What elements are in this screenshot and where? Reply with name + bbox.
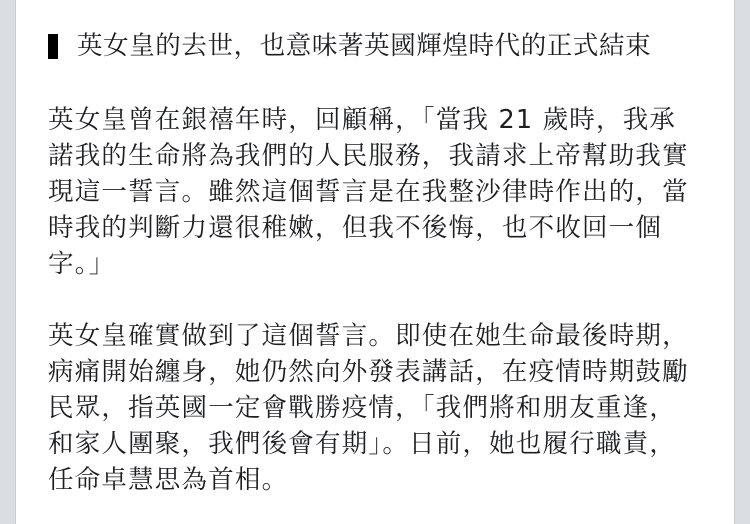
paragraph-line: 和家人團聚，我們後會有期」。日前，她也履行職責， <box>48 426 734 462</box>
paragraph-line: 任命卓慧思為首相。 <box>48 462 734 498</box>
paragraph-line: 民眾，指英國一定會戰勝疫情，「我們將和朋友重逢， <box>48 390 734 426</box>
headline-text: 英女皇的去世，也意味著英國輝煌時代的正式結束 <box>77 28 651 64</box>
paragraph-2: 英女皇確實做到了這個誓言。即使在她生命最後時期， 病痛開始纏身，她仍然向外發表講… <box>48 318 734 498</box>
article-card: 英女皇的去世，也意味著英國輝煌時代的正式結束 英女皇曾在銀禧年時，回顧稱，「當我… <box>16 0 734 524</box>
left-gutter <box>0 0 16 524</box>
paragraph-line: 時我的判斷力還很稚嫩，但我不後悔，也不收回一個 <box>48 210 734 246</box>
paragraph-line: 字。」 <box>48 246 734 282</box>
paragraph-line: 病痛開始纏身，她仍然向外發表講話，在疫情時期鼓勵 <box>48 354 734 390</box>
paragraph-line: 現這一誓言。雖然這個誓言是在我整沙律時作出的，當 <box>48 174 734 210</box>
right-gutter <box>734 0 750 524</box>
paragraph-1: 英女皇曾在銀禧年時，回顧稱，「當我 21 歲時，我承 諾我的生命將為我們的人民服… <box>48 102 734 282</box>
section-headline: 英女皇的去世，也意味著英國輝煌時代的正式結束 <box>32 28 651 64</box>
paragraph-line: 諾我的生命將為我們的人民服務，我請求上帝幫助我實 <box>48 138 734 174</box>
paragraph-line: 英女皇曾在銀禧年時，回顧稱，「當我 21 歲時，我承 <box>48 102 734 138</box>
headline-marker-icon <box>48 34 58 59</box>
paragraph-line: 英女皇確實做到了這個誓言。即使在她生命最後時期， <box>48 318 734 354</box>
